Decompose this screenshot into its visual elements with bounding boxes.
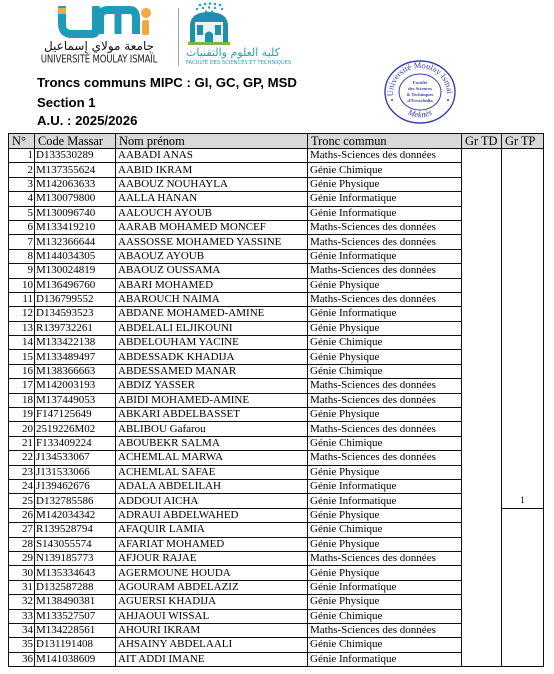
row-number: 27 xyxy=(9,523,35,537)
tronc-commun-cell: Génie Informatique xyxy=(308,652,462,666)
tronc-commun-cell: Génie Physique xyxy=(308,350,462,364)
code-massar-cell: M130096740 xyxy=(35,206,116,220)
column-header-gr-tp: Gr TP xyxy=(502,134,544,149)
tronc-commun-cell: Maths-Sciences des données xyxy=(308,149,462,163)
student-name-cell: ABKARI ABDELBASSET xyxy=(116,408,308,422)
student-name-cell: ADALA ABDELILAH xyxy=(116,479,308,493)
code-massar-cell: M142003193 xyxy=(35,379,116,393)
code-massar-cell: M136496760 xyxy=(35,278,116,292)
code-massar-cell: M138490381 xyxy=(35,595,116,609)
row-number: 21 xyxy=(9,436,35,450)
row-number: 18 xyxy=(9,393,35,407)
stamp-inner-line: d'Errachidia xyxy=(407,98,433,103)
official-stamp: Université Moulay Ismail Meknès Faculté … xyxy=(383,60,457,124)
row-number: 22 xyxy=(9,451,35,465)
student-name-cell: ABDESSAMED MANAR xyxy=(116,364,308,378)
student-name-cell: ABAOUZ OUSSAMA xyxy=(116,264,308,278)
umi-logo-icon xyxy=(56,6,156,38)
student-name-cell: ADDOUI AICHA xyxy=(116,494,308,508)
row-number: 19 xyxy=(9,408,35,422)
tronc-commun-cell: Maths-Sciences des données xyxy=(308,623,462,637)
tronc-commun-cell: Génie Chimique xyxy=(308,523,462,537)
row-number: 36 xyxy=(9,652,35,666)
table-header-row: N° Code Massar Nom prénom Tronc commun G… xyxy=(9,134,544,149)
tronc-commun-cell: Maths-Sciences des données xyxy=(308,220,462,234)
code-massar-cell: D133530289 xyxy=(35,149,116,163)
tronc-commun-cell: Maths-Sciences des données xyxy=(308,422,462,436)
tronc-commun-cell: Génie Physique xyxy=(308,465,462,479)
tronc-commun-cell: Maths-Sciences des données xyxy=(308,551,462,565)
tronc-commun-cell: Génie Physique xyxy=(308,408,462,422)
stamp-inner-line: Faculté xyxy=(413,80,428,85)
row-number: 16 xyxy=(9,364,35,378)
code-massar-cell: D132587288 xyxy=(35,580,116,594)
tronc-commun-cell: Génie Physique xyxy=(308,278,462,292)
row-number: 20 xyxy=(9,422,35,436)
document-title: Troncs communs MIPC : GI, GC, GP, MSD xyxy=(37,74,297,91)
code-massar-cell: M144034305 xyxy=(35,249,116,263)
student-roster-table: N° Code Massar Nom prénom Tronc commun G… xyxy=(8,133,544,667)
tronc-commun-cell: Maths-Sciences des données xyxy=(308,264,462,278)
row-number: 3 xyxy=(9,177,35,191)
student-name-cell: AHJAOUI WISSAL xyxy=(116,609,308,623)
tronc-commun-cell: Génie Chimique xyxy=(308,364,462,378)
row-number: 34 xyxy=(9,623,35,637)
tronc-commun-cell: Génie Informatique xyxy=(308,192,462,206)
code-massar-cell: R139528794 xyxy=(35,523,116,537)
group-tp-cell xyxy=(502,508,544,666)
code-massar-cell: F133409224 xyxy=(35,436,116,450)
student-name-cell: AASSOSSE MOHAMED YASSINE xyxy=(116,235,308,249)
student-name-cell: ABDANE MOHAMED-AMINE xyxy=(116,307,308,321)
code-massar-cell: R139732261 xyxy=(35,321,116,335)
faculty-logo: كلية العلوم والتقنيات FACULTÉ DES SCIENC… xyxy=(186,2,286,70)
code-massar-cell: M137355624 xyxy=(35,163,116,177)
tronc-commun-cell: Génie Informatique xyxy=(308,580,462,594)
code-massar-cell: M134228561 xyxy=(35,623,116,637)
tronc-commun-cell: Génie Chimique xyxy=(308,336,462,350)
tronc-commun-cell: Génie Informatique xyxy=(308,479,462,493)
student-name-cell: ACHEMLAL SAFAE xyxy=(116,465,308,479)
code-massar-cell: M135334643 xyxy=(35,566,116,580)
student-name-cell: AARAB MOHAMED MONCEF xyxy=(116,220,308,234)
row-number: 25 xyxy=(9,494,35,508)
tronc-commun-cell: Génie Informatique xyxy=(308,249,462,263)
code-massar-cell: J131533066 xyxy=(35,465,116,479)
student-name-cell: ABDIZ YASSER xyxy=(116,379,308,393)
faculty-latin-name: FACULTÉ DES SCIENCES ET TECHNIQUES xyxy=(186,60,292,66)
row-number: 2 xyxy=(9,163,35,177)
code-massar-cell: M137449053 xyxy=(35,393,116,407)
tronc-commun-cell: Génie Chimique xyxy=(308,436,462,450)
academic-year: A.U. : 2025/2026 xyxy=(37,112,137,129)
student-name-cell: ABOUBEKR SALMA xyxy=(116,436,308,450)
student-name-cell: AFAQUIR LAMIA xyxy=(116,523,308,537)
row-number: 13 xyxy=(9,321,35,335)
row-number: 23 xyxy=(9,465,35,479)
student-name-cell: ABDELOUHAM YACINE xyxy=(116,336,308,350)
stamp-seal-icon: Université Moulay Ismail Meknès Faculté … xyxy=(383,60,457,124)
row-number: 35 xyxy=(9,638,35,652)
tronc-commun-cell: Génie Chimique xyxy=(308,163,462,177)
faculty-arabic-name: كلية العلوم والتقنيات xyxy=(186,47,292,59)
student-name-cell: ABDELALI ELJIKOUNI xyxy=(116,321,308,335)
code-massar-cell: M130079800 xyxy=(35,192,116,206)
tronc-commun-cell: Génie Physique xyxy=(308,321,462,335)
student-name-cell: AIT ADDI IMANE xyxy=(116,652,308,666)
code-massar-cell: D132785586 xyxy=(35,494,116,508)
student-name-cell: ACHEMLAL MARWA xyxy=(116,451,308,465)
row-number: 6 xyxy=(9,220,35,234)
row-number: 28 xyxy=(9,537,35,551)
code-massar-cell: J139462676 xyxy=(35,479,116,493)
row-number: 29 xyxy=(9,551,35,565)
student-name-cell: ADRAUI ABDELWAHED xyxy=(116,508,308,522)
code-massar-cell: M132366644 xyxy=(35,235,116,249)
column-header-code-massar: Code Massar xyxy=(35,134,116,149)
column-header-tronc-commun: Tronc commun xyxy=(308,134,462,149)
student-name-cell: AALLA HANAN xyxy=(116,192,308,206)
code-massar-cell: F147125649 xyxy=(35,408,116,422)
tronc-commun-cell: Maths-Sciences des données xyxy=(308,393,462,407)
table-row: 1D133530289AABADI ANASMaths-Sciences des… xyxy=(9,149,544,163)
student-name-cell: AGUERSI KHADIJA xyxy=(116,595,308,609)
code-massar-cell: M141038609 xyxy=(35,652,116,666)
row-number: 5 xyxy=(9,206,35,220)
student-name-cell: AABID IKRAM xyxy=(116,163,308,177)
row-number: 11 xyxy=(9,292,35,306)
tronc-commun-cell: Génie Informatique xyxy=(308,494,462,508)
table-body: 1D133530289AABADI ANASMaths-Sciences des… xyxy=(9,149,544,667)
student-name-cell: AABOUZ NOUHAYLA xyxy=(116,177,308,191)
code-massar-cell: D134593523 xyxy=(35,307,116,321)
student-name-cell: ABAROUCH NAIMA xyxy=(116,292,308,306)
student-name-cell: ABAOUZ AYOUB xyxy=(116,249,308,263)
code-massar-cell: D136799552 xyxy=(35,292,116,306)
student-name-cell: AGERMOUNE HOUDA xyxy=(116,566,308,580)
student-name-cell: AHOURI IKRAM xyxy=(116,623,308,637)
row-number: 12 xyxy=(9,307,35,321)
tronc-commun-cell: Maths-Sciences des données xyxy=(308,235,462,249)
row-number: 4 xyxy=(9,192,35,206)
tronc-commun-cell: Génie Chimique xyxy=(308,638,462,652)
student-name-cell: AFJOUR RAJAE xyxy=(116,551,308,565)
student-name-cell: AGOURAM ABDELAZIZ xyxy=(116,580,308,594)
tronc-commun-cell: Maths-Sciences des données xyxy=(308,379,462,393)
row-number: 15 xyxy=(9,350,35,364)
stamp-inner-line: & Techniques xyxy=(407,92,434,97)
tronc-commun-cell: Génie Chimique xyxy=(308,609,462,623)
logo-divider xyxy=(178,8,179,66)
code-massar-cell: M138366663 xyxy=(35,364,116,378)
row-number: 7 xyxy=(9,235,35,249)
row-number: 8 xyxy=(9,249,35,263)
section-label: Section 1 xyxy=(37,94,96,111)
tronc-commun-cell: Génie Physique xyxy=(308,537,462,551)
code-massar-cell: S143055574 xyxy=(35,537,116,551)
code-massar-cell: 2519226M02 xyxy=(35,422,116,436)
student-name-cell: ABLIBOU Gafarou xyxy=(116,422,308,436)
column-header-number: N° xyxy=(9,134,35,149)
row-number: 32 xyxy=(9,595,35,609)
code-massar-cell: M130024819 xyxy=(35,264,116,278)
column-header-name: Nom prénom xyxy=(116,134,308,149)
student-name-cell: ABDESSADK KHADIJA xyxy=(116,350,308,364)
group-tp-cell: 1 xyxy=(502,149,544,509)
tronc-commun-cell: Génie Informatique xyxy=(308,206,462,220)
student-name-cell: ABARI MOHAMED xyxy=(116,278,308,292)
tronc-commun-cell: Génie Physique xyxy=(308,177,462,191)
student-name-cell: AFARIAT MOHAMED xyxy=(116,537,308,551)
tronc-commun-cell: Génie Physique xyxy=(308,508,462,522)
group-td-cell xyxy=(462,149,502,667)
code-massar-cell: M142034342 xyxy=(35,508,116,522)
code-massar-cell: D131191408 xyxy=(35,638,116,652)
svg-text:Meknès: Meknès xyxy=(406,107,434,120)
tronc-commun-cell: Génie Physique xyxy=(308,566,462,580)
faculty-building-icon xyxy=(186,2,232,46)
university-logo: جامعة مولاي إسماعيل UNIVERSITÉ MOULAY IS… xyxy=(38,6,158,68)
code-massar-cell: N139185773 xyxy=(35,551,116,565)
tronc-commun-cell: Maths-Sciences des données xyxy=(308,451,462,465)
code-massar-cell: M133527507 xyxy=(35,609,116,623)
student-name-cell: AALOUCH AYOUB xyxy=(116,206,308,220)
code-massar-cell: M142063633 xyxy=(35,177,116,191)
student-name-cell: AABADI ANAS xyxy=(116,149,308,163)
row-number: 10 xyxy=(9,278,35,292)
student-name-cell: AHSAINY ABDELAALI xyxy=(116,638,308,652)
tronc-commun-cell: Maths-Sciences des données xyxy=(308,292,462,306)
row-number: 33 xyxy=(9,609,35,623)
row-number: 30 xyxy=(9,566,35,580)
row-number: 9 xyxy=(9,264,35,278)
tronc-commun-cell: Génie Informatique xyxy=(308,307,462,321)
university-latin-name: UNIVERSITÉ MOULAY ISMAÏL xyxy=(38,54,160,67)
university-arabic-name: جامعة مولاي إسماعيل xyxy=(38,40,160,53)
code-massar-cell: J134533067 xyxy=(35,451,116,465)
code-massar-cell: M133422138 xyxy=(35,336,116,350)
student-name-cell: ABIDI MOHAMED-AMINE xyxy=(116,393,308,407)
code-massar-cell: M133419210 xyxy=(35,220,116,234)
row-number: 26 xyxy=(9,508,35,522)
row-number: 24 xyxy=(9,479,35,493)
row-number: 1 xyxy=(9,149,35,163)
tronc-commun-cell: Génie Physique xyxy=(308,595,462,609)
row-number: 31 xyxy=(9,580,35,594)
row-number: 14 xyxy=(9,336,35,350)
column-header-gr-td: Gr TD xyxy=(462,134,502,149)
code-massar-cell: M133489497 xyxy=(35,350,116,364)
stamp-bottom-text: Meknès xyxy=(406,107,434,120)
row-number: 17 xyxy=(9,379,35,393)
stamp-inner-line: des Sciences xyxy=(408,86,432,91)
